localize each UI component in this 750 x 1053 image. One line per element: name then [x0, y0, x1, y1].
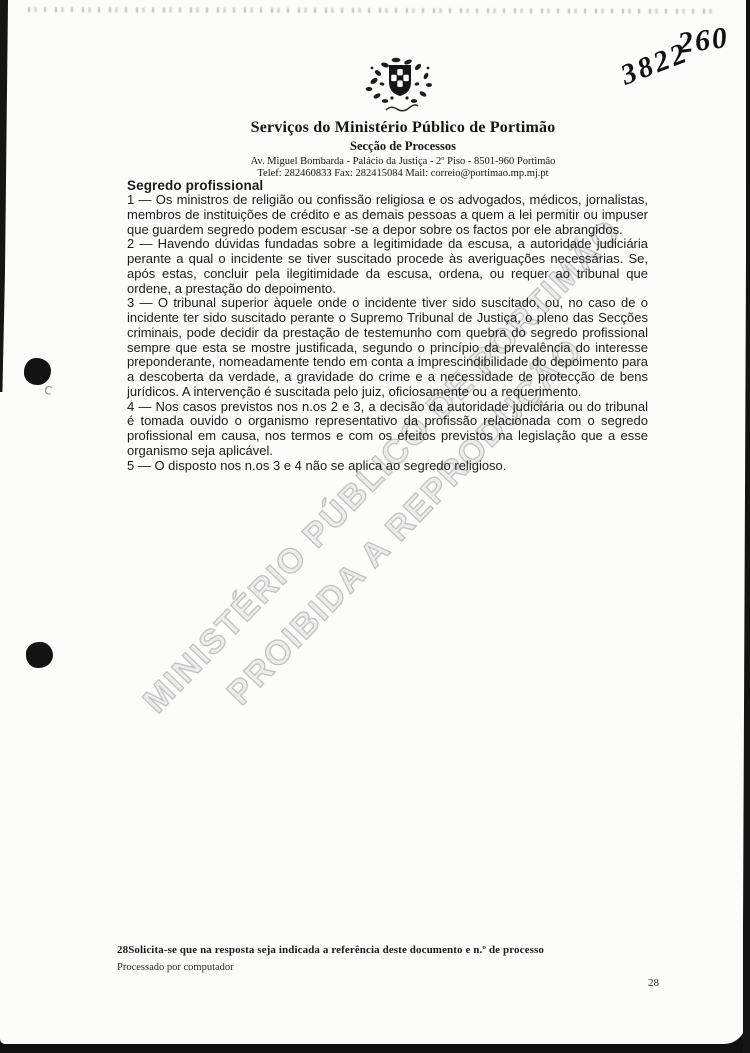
document-title: Segredo profissional — [127, 178, 648, 193]
footer-note: 28Solicita-se que na resposta seja indic… — [117, 944, 677, 956]
letterhead: Serviços do Ministério Público de Portim… — [60, 119, 746, 179]
handwritten-number-3822: 3822 — [616, 37, 693, 93]
address-line: Av. Miguel Bombarda - Palácio da Justiça… — [60, 156, 746, 167]
paragraph-4: 4 — Nos casos previstos nos n.os 2 e 3, … — [127, 400, 648, 459]
processed-by-computer-note: Processado por computador — [117, 962, 677, 973]
organization-name: Serviços do Ministério Público de Portim… — [60, 119, 746, 137]
paragraph-1: 1 — Os ministros de religião ou confissã… — [127, 193, 648, 237]
page-number: 28 — [648, 977, 659, 989]
section-name: Secção de Processos — [60, 139, 746, 154]
paper-sheet: 260 3822 — [0, 0, 746, 1044]
scanned-document-page: { "marks": { "handwritten_number_top": "… — [0, 0, 750, 1053]
document-footer: 28Solicita-se que na resposta seja indic… — [117, 944, 677, 973]
ink-squiggle-mark: c — [42, 380, 62, 403]
scan-edge-left — [0, 0, 8, 392]
scan-noise-strip — [28, 7, 714, 14]
coat-of-arms-icon — [352, 50, 448, 118]
paragraph-5: 5 — O disposto nos n.os 3 e 4 não se apl… — [127, 459, 648, 474]
paragraph-3: 3 — O tribunal superior àquele onde o in… — [127, 296, 648, 399]
document-text: Segredo profissional 1 — Os ministros de… — [127, 178, 648, 473]
paragraph-2: 2 — Havendo dúvidas fundadas sobre a leg… — [127, 237, 648, 296]
ink-blot-lower — [26, 642, 53, 668]
